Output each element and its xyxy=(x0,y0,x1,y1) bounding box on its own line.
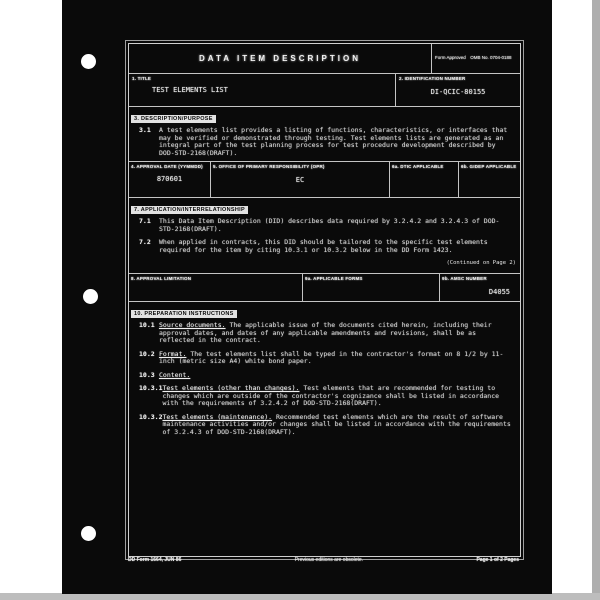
approval-limitation-label: 8. APPROVAL LIMITATION xyxy=(131,276,300,281)
section-7-heading: 7. APPLICATION/INTERRELATIONSHIP xyxy=(131,206,248,214)
paragraph-10-3-2: 10.3.2 Test elements (maintenance). Reco… xyxy=(129,414,520,437)
punch-hole-middle xyxy=(83,289,98,304)
title-field: 1. TITLE TEST ELEMENTS LIST xyxy=(129,74,395,106)
title-field-label: 1. TITLE xyxy=(132,76,392,81)
paragraph-10-2: 10.2 Format. The test elements list shal… xyxy=(129,351,520,366)
paragraph-10-1-number: 10.1 xyxy=(129,322,159,345)
paragraph-7-1: 7.1 This Data Item Description (DID) des… xyxy=(129,218,520,233)
paragraph-7-2: 7.2 When applied in contracts, this DID … xyxy=(129,239,520,254)
paragraph-10-2-body: The test elements list shall be typed in… xyxy=(159,350,503,366)
document-page: DATA ITEM DESCRIPTION Form Approved OMB … xyxy=(62,0,552,594)
paragraph-7-1-text: This Data Item Description (DID) describ… xyxy=(159,218,520,233)
identification-number-label: 2. IDENTIFICATION NUMBER xyxy=(399,76,517,81)
identification-number-value: DI-QCIC-80155 xyxy=(431,88,486,96)
dtic-applicable-label: 6a. DTIC APPLICABLE xyxy=(392,164,456,169)
footer-page-count: Page 1 of 2 Pages xyxy=(476,557,519,563)
limitation-forms-amsc-row: 8. APPROVAL LIMITATION 9a. APPLICABLE FO… xyxy=(129,273,520,301)
paragraph-3-1-number: 3.1 xyxy=(129,127,159,157)
applicable-forms-field: 9a. APPLICABLE FORMS xyxy=(302,274,439,301)
amsc-number-value: D4055 xyxy=(489,288,510,296)
section-description-purpose: 3. DESCRIPTION/PURPOSE 3.1 A test elemen… xyxy=(129,106,520,161)
paragraph-10-3-1-text: Test elements (other than changes). Test… xyxy=(162,385,520,408)
opr-value: EC xyxy=(296,176,304,184)
approval-opr-row: 4. APPROVAL DATE (YYMMDD) 870601 5. OFFI… xyxy=(129,161,520,197)
form-header-row: DATA ITEM DESCRIPTION Form Approved OMB … xyxy=(129,44,520,73)
paragraph-10-3-number: 10.3 xyxy=(129,372,159,380)
form-approved-line-1: Form Approved xyxy=(435,55,466,60)
punch-hole-top xyxy=(81,54,96,69)
amsc-number-label: 9b. AMSC NUMBER xyxy=(442,276,518,281)
paragraph-3-1-text: A test elements list provides a listing … xyxy=(159,127,520,157)
form-approved-line-2: OMB No. 0704-0188 xyxy=(470,55,511,60)
identification-number-field: 2. IDENTIFICATION NUMBER DI-QCIC-80155 xyxy=(395,74,520,106)
section-10-heading: 10. PREPARATION INSTRUCTIONS xyxy=(131,310,237,318)
paragraph-10-2-text: Format. The test elements list shall be … xyxy=(159,351,520,366)
paragraph-10-1-text: Source documents. The applicable issue o… xyxy=(159,322,520,345)
paragraph-10-3-text: Content. xyxy=(159,372,520,380)
amsc-number-field: 9b. AMSC NUMBER D4055 xyxy=(439,274,520,301)
section-preparation-instructions: 10. PREPARATION INSTRUCTIONS 10.1 Source… xyxy=(129,301,520,556)
paragraph-10-3-1: 10.3.1 Test elements (other than changes… xyxy=(129,385,520,408)
title-id-row: 1. TITLE TEST ELEMENTS LIST 2. IDENTIFIC… xyxy=(129,73,520,106)
paragraph-10-1: 10.1 Source documents. The applicable is… xyxy=(129,322,520,345)
paragraph-10-2-number: 10.2 xyxy=(129,351,159,366)
scanned-document: DATA ITEM DESCRIPTION Form Approved OMB … xyxy=(0,0,600,600)
dtic-applicable-field: 6a. DTIC APPLICABLE xyxy=(389,162,458,197)
form-title: DATA ITEM DESCRIPTION xyxy=(199,54,361,63)
form-approved-box: Form Approved OMB No. 0704-0188 Exp. Dat… xyxy=(431,44,520,73)
paragraph-3-1: 3.1 A test elements list provides a list… xyxy=(129,127,520,157)
scan-right-band xyxy=(592,0,600,600)
paragraph-7-2-number: 7.2 xyxy=(129,239,159,254)
paragraph-10-3-1-number: 10.3.1 xyxy=(129,385,162,408)
form-footer: DD Form 1664, JUN 86 Previous editions a… xyxy=(128,557,519,563)
opr-label: 5. OFFICE OF PRIMARY RESPONSIBILITY (OPR… xyxy=(213,164,387,169)
gidep-applicable-label: 6b. GIDEP APPLICABLE xyxy=(461,164,518,169)
paragraph-10-3-2-text: Test elements (maintenance). Recommended… xyxy=(162,414,520,437)
approval-limitation-field: 8. APPROVAL LIMITATION xyxy=(129,274,302,301)
form-title-cell: DATA ITEM DESCRIPTION xyxy=(129,44,431,73)
applicable-forms-label: 9a. APPLICABLE FORMS xyxy=(305,276,437,281)
paragraph-10-3-2-number: 10.3.2 xyxy=(129,414,162,437)
opr-field: 5. OFFICE OF PRIMARY RESPONSIBILITY (OPR… xyxy=(210,162,389,197)
paragraph-7-1-number: 7.1 xyxy=(129,218,159,233)
footer-editions-note: Previous editions are obsolete. xyxy=(295,557,363,563)
approval-date-field: 4. APPROVAL DATE (YYMMDD) 870601 xyxy=(129,162,210,197)
footer-form-number: DD Form 1664, JUN 86 xyxy=(128,557,181,563)
paragraph-10-3-lead: Content. xyxy=(159,371,190,379)
gidep-applicable-field: 6b. GIDEP APPLICABLE xyxy=(458,162,520,197)
scan-bottom-strip xyxy=(0,593,600,600)
approval-date-label: 4. APPROVAL DATE (YYMMDD) xyxy=(131,164,208,169)
did-form: DATA ITEM DESCRIPTION Form Approved OMB … xyxy=(128,43,521,557)
paragraph-10-3: 10.3 Content. xyxy=(129,372,520,380)
section-3-heading: 3. DESCRIPTION/PURPOSE xyxy=(131,115,216,123)
punch-hole-bottom xyxy=(81,526,96,541)
title-field-value: TEST ELEMENTS LIST xyxy=(152,86,392,94)
approval-date-value: 870601 xyxy=(131,175,208,183)
continued-on-page-note: (Continued on Page 2) xyxy=(129,260,516,266)
paragraph-7-2-text: When applied in contracts, this DID shou… xyxy=(159,239,520,254)
section-application-interrelationship: 7. APPLICATION/INTERRELATIONSHIP 7.1 Thi… xyxy=(129,197,520,273)
